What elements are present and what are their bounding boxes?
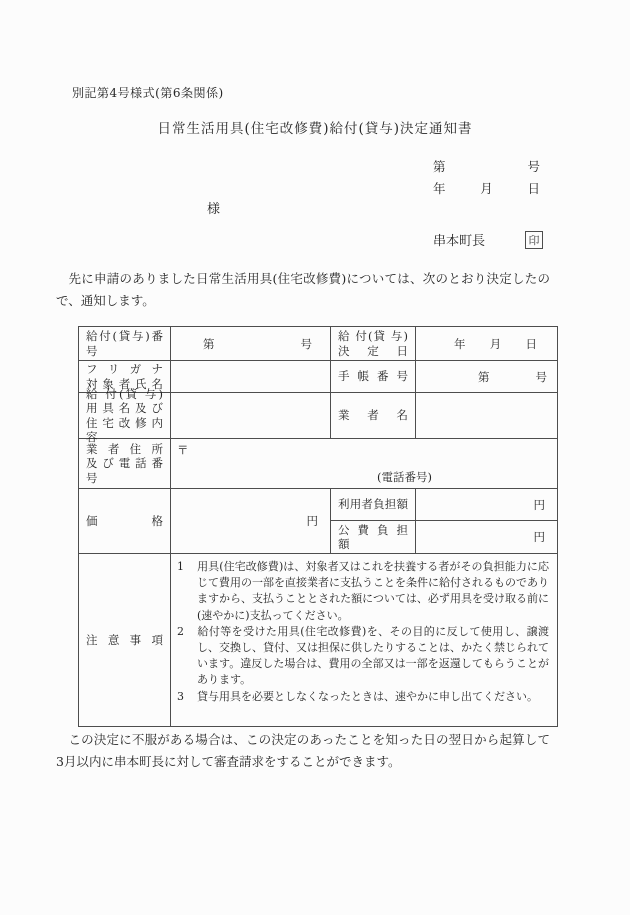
form-reference: 別記第4号様式(第6条関係) — [72, 84, 224, 101]
techou-number-label: 手 帳 番 号 — [331, 361, 416, 393]
addressee-honorific: 様 — [207, 198, 220, 217]
equipment-value — [171, 393, 331, 439]
benefit-number-label: 給付(貸与)番号 — [79, 327, 171, 361]
decision-date-value: 年 月 日 — [416, 327, 558, 361]
document-title: 日常生活用具(住宅改修費)給付(貸与)決定通知書 — [0, 117, 630, 137]
date-year: 年 — [433, 179, 446, 197]
subject-name-value — [171, 361, 331, 393]
note-text: 用具(住宅改修費)は、対象者又はこれを扶養する者がその負担能力に応じて費用の一部… — [197, 560, 549, 622]
equipment-label: 給 付(貸 与) 用 具 名 及 び 住 宅 改 修 内 容 — [79, 393, 171, 439]
note-number: 1 — [177, 559, 197, 575]
price-label: 価 格 — [79, 489, 171, 554]
benefit-number-value: 第 号 — [171, 327, 331, 361]
postal-mark: 〒 — [177, 442, 551, 458]
vendor-address-value: 〒 (電話番号) — [171, 439, 558, 489]
note-item: 3貸与用具を必要としなくなったときは、速やかに申し出てください。 — [177, 689, 549, 705]
note-text: 貸与用具を必要としなくなったときは、速やかに申し出てください。 — [197, 690, 538, 703]
notification-document: 別記第4号様式(第6条関係) 日常生活用具(住宅改修費)給付(貸与)決定通知書 … — [0, 0, 630, 915]
notes-label: 注 意 事 項 — [79, 554, 171, 727]
price-value: 円 — [171, 489, 331, 554]
date-day: 日 — [527, 179, 540, 197]
note-item: 2給付等を受けた用具(住宅改修費)を、その目的に反して使用し、譲渡し、交換し、貸… — [177, 624, 549, 689]
note-item: 1用具(住宅改修費)は、対象者又はこれを扶養する者がその負担能力に応じて費用の一… — [177, 559, 549, 624]
doc-no-prefix: 第 — [433, 157, 446, 175]
notes-list: 1用具(住宅改修費)は、対象者又はこれを扶養する者がその負担能力に応じて費用の一… — [171, 554, 558, 727]
note-text: 給付等を受けた用具(住宅改修費)を、その目的に反して使用し、譲渡し、交換し、貸付… — [197, 625, 549, 687]
decision-table: 給付(貸与)番号 第 号 給 付(貸 与) 決 定 日 年 月 日 フ リ ガ … — [78, 326, 558, 727]
doc-no-suffix: 号 — [527, 157, 540, 175]
intro-paragraph: 先に申請のありました日常生活用具(住宅改修費)については、次のとおり決定したので… — [56, 268, 550, 311]
appeal-paragraph: この決定に不服がある場合は、この決定のあったことを知った日の翌日から起算して3月… — [56, 729, 550, 772]
seal-mark-icon: 印 — [525, 231, 543, 249]
document-number-line: 第 号 — [433, 157, 540, 175]
user-share-label: 利用者負担額 — [331, 489, 416, 521]
issuer-line: 串本町長 印 — [433, 230, 543, 249]
phone-number-label: (電話番号) — [177, 469, 551, 485]
note-number: 2 — [177, 624, 197, 640]
vendor-address-label: 業 者 住 所 及 び 電 話 番 号 — [79, 439, 171, 489]
decision-date-label: 給 付(貸 与) 決 定 日 — [331, 327, 416, 361]
note-number: 3 — [177, 689, 197, 705]
vendor-name-label: 業 者 名 — [331, 393, 416, 439]
user-share-value: 円 — [416, 489, 558, 521]
public-share-label: 公 費 負 担 額 — [331, 521, 416, 554]
issue-date-line: 年 月 日 — [433, 179, 540, 197]
techou-number-value: 第 号 — [416, 361, 558, 393]
date-month: 月 — [480, 179, 493, 197]
vendor-name-value — [416, 393, 558, 439]
public-share-value: 円 — [416, 521, 558, 554]
issuer-name: 串本町長 — [433, 230, 485, 249]
